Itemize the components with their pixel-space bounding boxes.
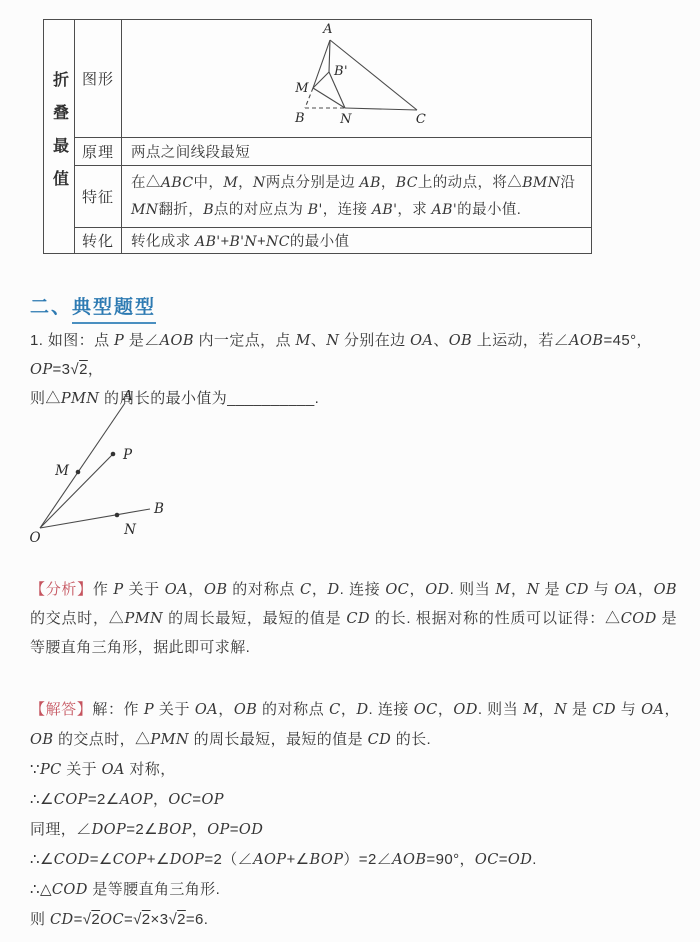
solution-label: 【解答】: [30, 701, 92, 718]
row-label-principle: 原理: [74, 137, 121, 165]
section-number: 二、: [30, 297, 72, 318]
point-label-b: B: [153, 501, 164, 517]
point-label-b: B: [294, 111, 305, 126]
analysis-paragraph: 【分析】作 P 关于 OA，OB 的对称点 C，D. 连接 OC，OD. 则当 …: [30, 575, 677, 662]
point-label-a: A: [121, 390, 133, 404]
solution-intro: 【解答】解：作 P 关于 OA，OB 的对称点 C，D. 连接 OC，OD. 则…: [30, 695, 680, 755]
row-label-transform: 转化: [74, 227, 121, 253]
section-title: 二、典型题型: [30, 292, 156, 324]
solution-step: ∴△COD 是等腰直角三角形.: [30, 875, 680, 905]
solution-section: 【解答】解：作 P 关于 OA，OB 的对称点 C，D. 连接 OC，OD. 则…: [30, 695, 680, 935]
solution-step: ∴∠COP=2∠AOP，OC=OP: [30, 785, 680, 815]
row-label-figure: 图形: [74, 20, 121, 137]
point-n-dot: [115, 513, 120, 518]
fold-min-value-table: 折叠最值 图形 A B' M B: [43, 19, 592, 254]
feature-cell: 在△ABC中，M，N两点分别是边 AB，BC上的动点，将△BMN沿 MN翻折，B…: [121, 165, 591, 227]
worksheet-page: 折叠最值 图形 A B' M B: [0, 0, 700, 942]
point-label-a: A: [322, 22, 333, 37]
row-label-feature: 特征: [74, 165, 121, 227]
fold-triangle-figure: A B' M B N C: [290, 22, 440, 128]
angle-aob-figure: A M P B N O: [20, 390, 190, 550]
solution-step: 则 CD=√2OC=√2×3√2=6.: [30, 905, 680, 935]
point-m-dot: [76, 470, 81, 475]
solution-intro-text: 解：作 P 关于 OA，OB 的对称点 C，D. 连接 OC，OD. 则当 M，…: [30, 701, 680, 748]
point-label-p: P: [122, 447, 133, 463]
table-side-header: 折叠最值: [44, 20, 74, 253]
point-label-m: M: [54, 463, 70, 479]
point-label-o: O: [29, 530, 40, 546]
transform-cell: 转化成求 AB'+B'N+NC的最小值: [121, 227, 591, 253]
side-header-label: 折叠最值: [48, 71, 71, 203]
section-name: 典型题型: [72, 292, 156, 324]
point-label-n: N: [123, 522, 137, 538]
solution-step: 同理，∠DOP=2∠BOP，OP=OD: [30, 815, 680, 845]
point-p-dot: [111, 452, 116, 457]
solution-step: ∵PC 关于 OA 对称，: [30, 755, 680, 785]
point-label-m: M: [294, 81, 309, 96]
analysis-label: 【分析】: [30, 581, 93, 598]
problem-line-1: 1. 如图：点 P 是∠AOB 内一定点，点 M、N 分别在边 OA、OB 上运…: [30, 326, 680, 384]
point-label-n: N: [339, 112, 352, 127]
figure-cell: A B' M B N C: [121, 20, 591, 137]
principle-cell: 两点之间线段最短: [121, 137, 591, 165]
analysis-text: 作 P 关于 OA，OB 的对称点 C，D. 连接 OC，OD. 则当 M，N …: [30, 581, 677, 656]
solution-step: ∴∠COD=∠COP+∠DOP=2（∠AOP+∠BOP）=2∠AOB=90°，O…: [30, 845, 680, 875]
point-label-c: C: [416, 112, 426, 127]
point-label-b-prime: B': [333, 64, 348, 79]
